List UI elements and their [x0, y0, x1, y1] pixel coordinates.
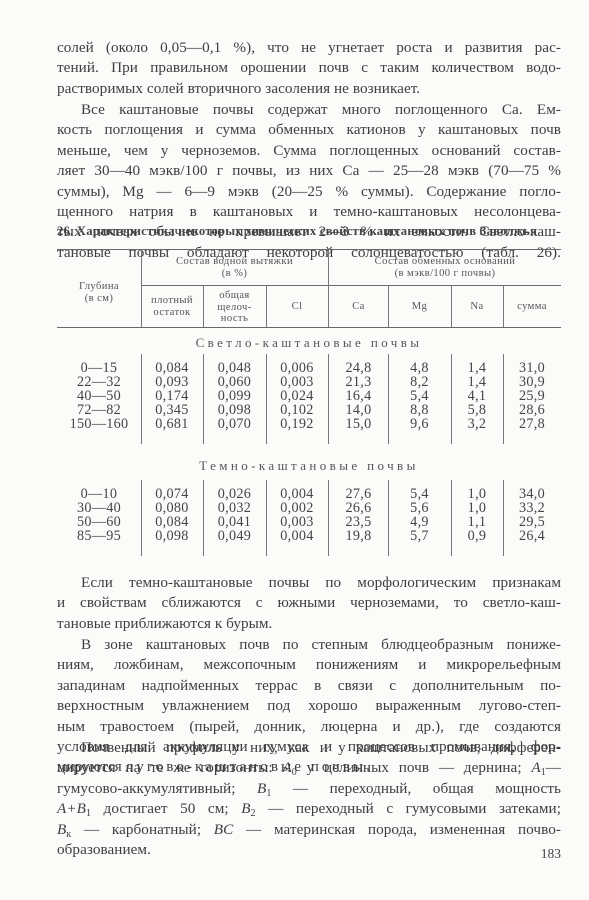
text-fragment: — переходный с гумусовыми затеками;: [256, 800, 561, 817]
text-line: тановые приближаются к бурым.: [57, 614, 561, 634]
text-line: ниям, ложбинам, межсопочным понижениям и…: [57, 655, 561, 675]
text-line: верхностным увлажнением под хорошо выраж…: [57, 696, 561, 716]
header-text: остаток: [141, 307, 203, 319]
cell-na: 1,4: [451, 362, 503, 375]
cell-mg: 9,6: [388, 418, 451, 431]
cell-depth: 0—15: [57, 362, 141, 375]
cell-depth: 30—40: [57, 502, 141, 515]
cell-ca: 26,6: [329, 502, 388, 515]
text-line: меньше, чем у черноземов. Сумма поглощен…: [57, 141, 561, 161]
cell-sum: 25,9: [503, 390, 561, 403]
book-page: солей (около 0,05—0,1 %), что не угнетае…: [0, 0, 589, 900]
text-fragment: — карбонатный;: [71, 821, 214, 838]
text-line: щенного натрия в каштановых и темно-кашт…: [57, 202, 561, 222]
header-text: (в мэкв/100 г почвы): [329, 268, 561, 280]
text-line: ным травостоем (пырей, донник, люцерна и…: [57, 717, 561, 737]
subheader-rule-left: [141, 285, 328, 286]
cell-alkalinity: 0,049: [203, 530, 266, 543]
cell-sum: 31,0: [503, 362, 561, 375]
cell-alkalinity: 0,060: [203, 376, 266, 389]
horizon-symbol: A: [282, 759, 291, 776]
cell-sum: 34,0: [503, 488, 561, 501]
horizon-symbol: B: [241, 800, 250, 817]
header-dry-residue: плотный остаток: [141, 295, 203, 318]
text-line: тений. При правильном орошении почв с та…: [57, 58, 561, 78]
cell-na: 4,1: [451, 390, 503, 403]
cell-depth: 72—82: [57, 404, 141, 417]
cell-mg: 4,9: [388, 516, 451, 529]
cell-na: 1,0: [451, 488, 503, 501]
cell-dry-residue: 0,345: [141, 404, 203, 417]
cell-alkalinity: 0,032: [203, 502, 266, 515]
cell-ca: 14,0: [329, 404, 388, 417]
header-text: общая: [203, 290, 266, 302]
cell-depth: 50—60: [57, 516, 141, 529]
cell-cl: 0,003: [266, 516, 328, 529]
text-line: A+B1 достигает 50 см; B2 — переходный с …: [57, 799, 561, 819]
cell-mg: 5,4: [388, 390, 451, 403]
cell-dry-residue: 0,681: [141, 418, 203, 431]
page-number: 183: [520, 846, 561, 862]
text-line: В зоне каштановых почв по степным блюдце…: [57, 635, 561, 655]
header-water-extract: Состав водной вытяжки (в %): [141, 256, 328, 279]
cell-depth: 40—50: [57, 390, 141, 403]
cell-mg: 5,7: [388, 530, 451, 543]
subheader-rule-right: [329, 285, 561, 286]
cell-na: 1,4: [451, 376, 503, 389]
cell-ca: 24,8: [329, 362, 388, 375]
cell-na: 5,8: [451, 404, 503, 417]
cell-depth: 22—32: [57, 376, 141, 389]
text-fragment: гумусово-аккумулятивный;: [57, 780, 257, 797]
cell-depth: 85—95: [57, 530, 141, 543]
cell-dry-residue: 0,084: [141, 516, 203, 529]
header-sum: сумма: [503, 301, 561, 313]
text-fragment: —: [546, 759, 561, 776]
cell-mg: 8,2: [388, 376, 451, 389]
header-depth: Глубина (в см): [57, 281, 141, 304]
cell-mg: 5,6: [388, 502, 451, 515]
group-title-dark-chestnut: Темно-каштановые почвы: [57, 458, 561, 474]
header-text: Состав водной вытяжки: [141, 256, 328, 268]
horizon-symbol: BC: [214, 821, 234, 838]
cell-alkalinity: 0,041: [203, 516, 266, 529]
cell-dry-residue: 0,093: [141, 376, 203, 389]
text-line: западинам надпойменных террас в связи с …: [57, 676, 561, 696]
text-fragment: достигает 50 см;: [91, 800, 241, 817]
cell-cl: 0,102: [266, 404, 328, 417]
horizon-symbol: B: [57, 821, 66, 838]
header-alkalinity: общая щелоч- ность: [203, 290, 266, 325]
cell-sum: 28,6: [503, 404, 561, 417]
header-ca: Ca: [329, 301, 388, 313]
header-text: (в %): [141, 268, 328, 280]
paragraph-profile: Почвенный профиль у них, как и у каштано…: [57, 738, 561, 860]
text-line: Почвенный профиль у них, как и у каштано…: [57, 738, 561, 758]
cell-sum: 27,8: [503, 418, 561, 431]
paragraph-comparison: Если темно-каштановые почвы по морфологи…: [57, 573, 561, 634]
header-text: щелоч-: [203, 302, 266, 314]
text-line: суммы), Mg — 6—9 мэкв (20—25 % суммы). С…: [57, 182, 561, 202]
table-top-rule: [57, 249, 561, 250]
cell-cl: 0,002: [266, 502, 328, 515]
cell-sum: 29,5: [503, 516, 561, 529]
cell-depth: 0—10: [57, 488, 141, 501]
cell-alkalinity: 0,048: [203, 362, 266, 375]
text-line: кость поглощения и сумма обменных катион…: [57, 120, 561, 140]
text-line: цируется на те же горизонты: A0 у целинн…: [57, 758, 561, 778]
cell-cl: 0,024: [266, 390, 328, 403]
cell-alkalinity: 0,026: [203, 488, 266, 501]
cell-cl: 0,006: [266, 362, 328, 375]
header-bottom-rule: [57, 327, 561, 328]
text-line: образованием.: [57, 840, 561, 860]
text-line: ляет 30—40 мэкв/100 г почвы, из них Са —…: [57, 161, 561, 181]
cell-cl: 0,004: [266, 530, 328, 543]
header-na: Na: [451, 301, 503, 313]
header-mg: Mg: [388, 301, 451, 313]
text-line: растворимых солей вторичного засоления н…: [57, 79, 561, 99]
text-line: Если темно-каштановые почвы по морфологи…: [57, 573, 561, 593]
text-line: Все каштановые почвы содержат много погл…: [57, 100, 561, 120]
cell-alkalinity: 0,070: [203, 418, 266, 431]
text-fragment: у целинных почв — дернина;: [297, 759, 532, 776]
text-fragment: цируется на те же горизонты:: [57, 759, 282, 776]
cell-dry-residue: 0,074: [141, 488, 203, 501]
cell-dry-residue: 0,098: [141, 530, 203, 543]
cell-cl: 0,192: [266, 418, 328, 431]
header-text: (в см): [57, 293, 141, 305]
header-cl: Cl: [266, 301, 328, 313]
text-line: солей (около 0,05—0,1 %), что не угнетае…: [57, 38, 561, 58]
horizon-symbol: B: [257, 780, 266, 797]
text-fragment: — материнская порода, измененная почво-: [233, 821, 561, 838]
cell-dry-residue: 0,174: [141, 390, 203, 403]
cell-ca: 23,5: [329, 516, 388, 529]
cell-sum: 26,4: [503, 530, 561, 543]
cell-na: 1,1: [451, 516, 503, 529]
table-caption: 26. Характеристика некоторых химических …: [57, 224, 561, 239]
cell-alkalinity: 0,098: [203, 404, 266, 417]
cell-sum: 33,2: [503, 502, 561, 515]
header-exchange-bases: Состав обменных оснований (в мэкв/100 г …: [329, 256, 561, 279]
cell-alkalinity: 0,099: [203, 390, 266, 403]
cell-ca: 21,3: [329, 376, 388, 389]
cell-ca: 19,8: [329, 530, 388, 543]
header-text: Состав обменных оснований: [329, 256, 561, 268]
cell-ca: 27,6: [329, 488, 388, 501]
cell-dry-residue: 0,084: [141, 362, 203, 375]
header-text: Глубина: [57, 281, 141, 293]
text-line: гумусово-аккумулятивный; B1 — переходный…: [57, 779, 561, 799]
group-title-light-chestnut: Светло-каштановые почвы: [57, 335, 561, 351]
header-text: ность: [203, 313, 266, 325]
cell-ca: 16,4: [329, 390, 388, 403]
cell-mg: 8,8: [388, 404, 451, 417]
cell-mg: 5,4: [388, 488, 451, 501]
cell-na: 0,9: [451, 530, 503, 543]
text-line: Bк — карбонатный; BC — материнская пород…: [57, 820, 561, 840]
cell-cl: 0,004: [266, 488, 328, 501]
cell-cl: 0,003: [266, 376, 328, 389]
cell-sum: 30,9: [503, 376, 561, 389]
cell-na: 3,2: [451, 418, 503, 431]
cell-na: 1,0: [451, 502, 503, 515]
paragraph-salts: солей (около 0,05—0,1 %), что не угнетае…: [57, 38, 561, 99]
cell-ca: 15,0: [329, 418, 388, 431]
cell-dry-residue: 0,080: [141, 502, 203, 515]
header-text: плотный: [141, 295, 203, 307]
horizon-symbol: A: [531, 759, 540, 776]
text-fragment: — переходный, общая мощность: [271, 780, 561, 797]
text-line: и свойствам сближаются с южными чернозем…: [57, 593, 561, 613]
horizon-symbol: A+B: [57, 800, 86, 817]
cell-mg: 4,8: [388, 362, 451, 375]
cell-depth: 150—160: [57, 418, 141, 431]
